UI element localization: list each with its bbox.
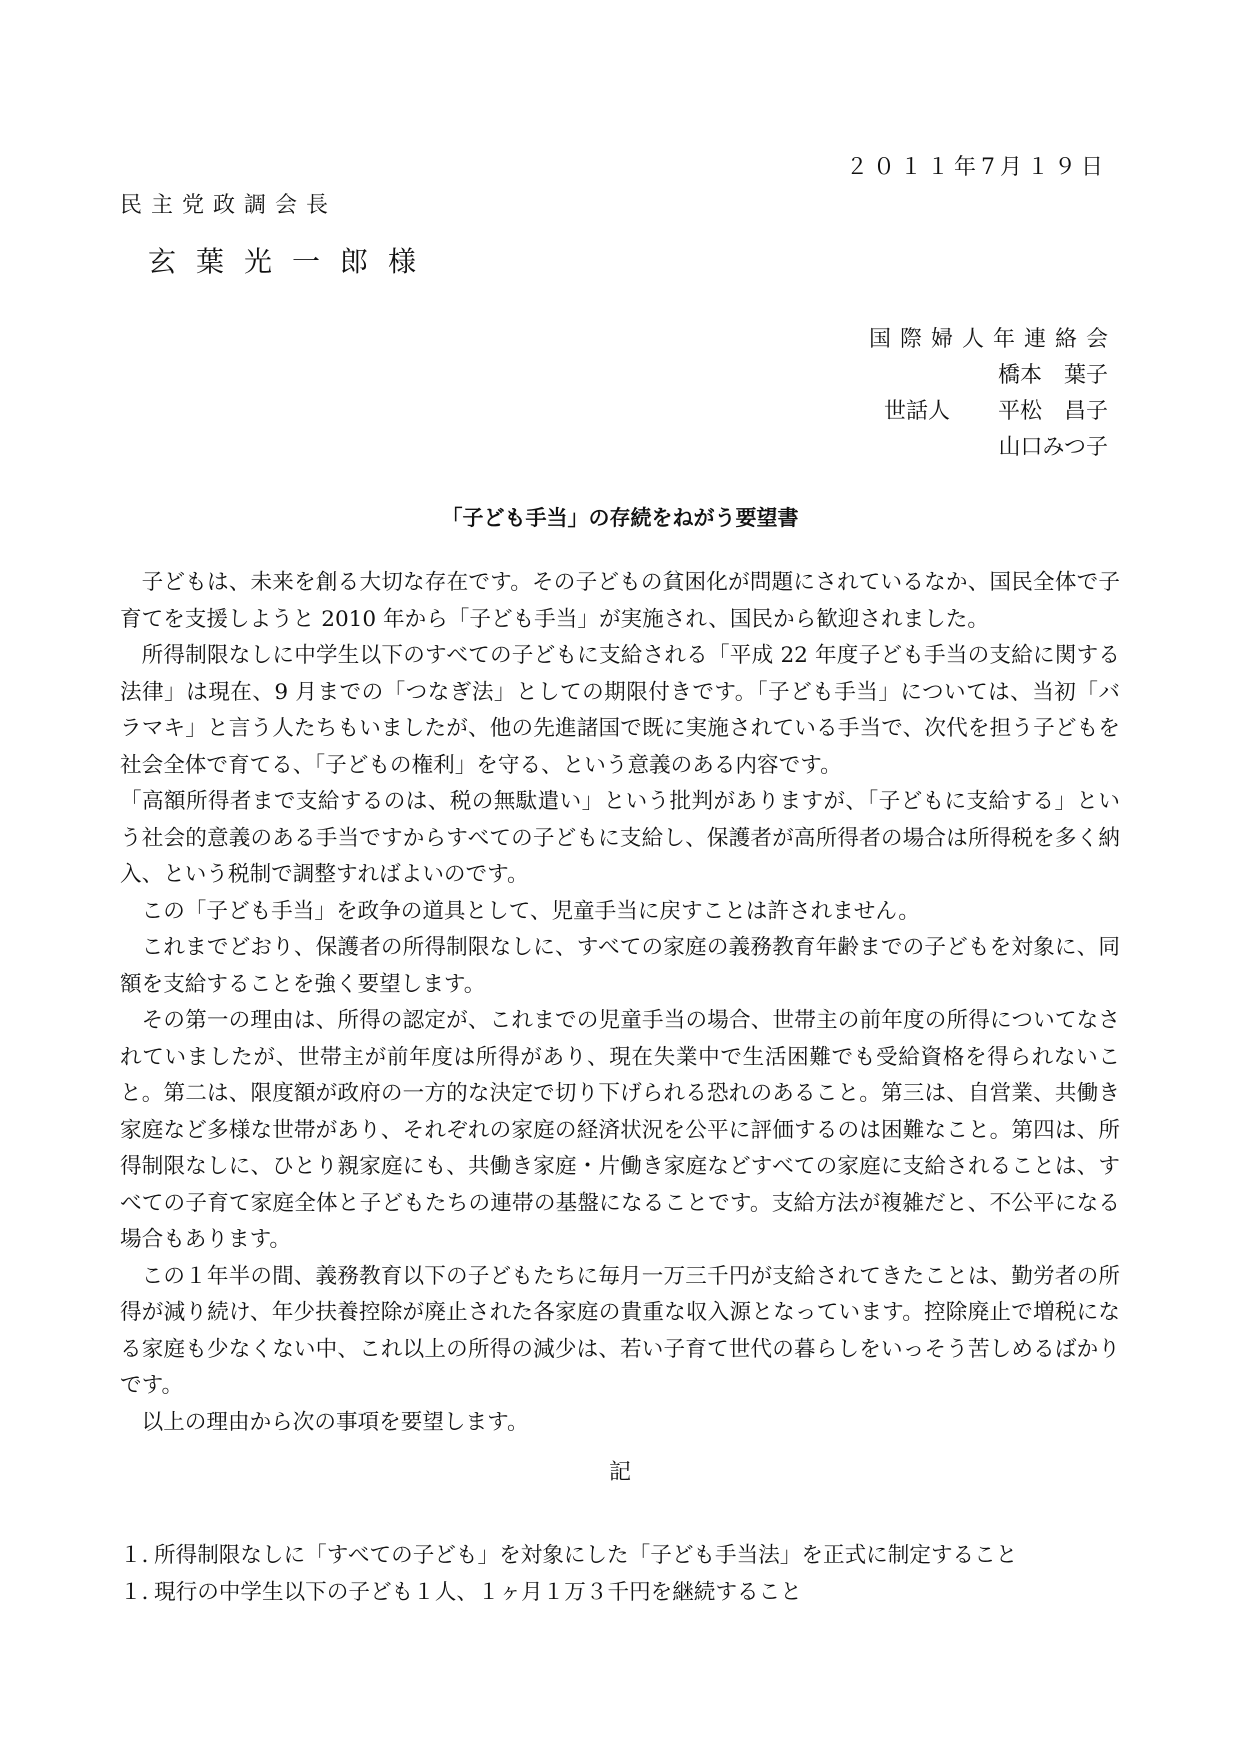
request-item-text: 所得制限なしに「すべての子ども」を対象にした「子ども手当法」を正式に制定すること [154, 1543, 1017, 1568]
request-item: １．現行の中学生以下の子ども１人、１ヶ月１万３千円を継続すること [120, 1574, 1130, 1611]
sender-member-row: 世話人 平松 昌子 [869, 394, 1108, 430]
request-list: １．所得制限なしに「すべての子ども」を対象にした「子ども手当法」を正式に制定する… [120, 1537, 1130, 1611]
body-paragraph: この１年半の間、義務教育以下の子どもたちに毎月一万三千円が支給されてきたことは、… [120, 1259, 1120, 1405]
addressee-name: 玄葉光一郎様 [148, 240, 436, 280]
request-item-text: 現行の中学生以下の子ども１人、１ヶ月１万３千円を継続すること [154, 1580, 802, 1605]
request-item: １．所得制限なしに「すべての子ども」を対象にした「子ども手当法」を正式に制定する… [120, 1537, 1130, 1574]
body-paragraph: 以上の理由から次の事項を要望します。 [120, 1405, 1120, 1442]
sender-member-row: 橋本 葉子 [869, 358, 1108, 394]
sender-member: 橋本 葉子 [998, 358, 1108, 394]
ki-heading: 記 [0, 1455, 1240, 1486]
body-paragraph: 子どもは、未来を創る大切な存在です。その子どもの貧困化が問題にされているなか、国… [120, 565, 1120, 638]
sender-member: 平松 昌子 [998, 394, 1108, 430]
sender-block: 国際婦人年連絡会 橋本 葉子 世話人 平松 昌子 山口みつ子 [869, 322, 1108, 466]
body-paragraph: この「子ども手当」を政争の道具として、児童手当に戻すことは許されません。 [120, 894, 1120, 931]
document-date: ２０１１年7月１９日 [846, 150, 1108, 181]
body-paragraph: その第一の理由は、所得の認定が、これまでの児童手当の場合、世帯主の前年度の所得に… [120, 1003, 1120, 1259]
document-title: 「子ども手当」の存続をねがう要望書 [0, 502, 1240, 532]
addressee-organization: 民主党政調会長 [120, 188, 337, 219]
body-paragraph: 所得制限なしに中学生以下のすべての子どもに支給される「平成 22 年度子ども手当… [120, 638, 1120, 784]
body-paragraph: これまでどおり、保護者の所得制限なしに、すべての家庭の義務教育年齢までの子どもを… [120, 930, 1120, 1003]
sender-role: 世話人 [884, 394, 950, 430]
body-paragraph: 「高額所得者まで支給するのは、税の無駄遣い」という批判がありますが、「子どもに支… [120, 784, 1120, 894]
sender-member: 山口みつ子 [998, 430, 1108, 466]
request-item-number: １． [120, 1574, 154, 1611]
sender-member-row: 山口みつ子 [869, 430, 1108, 466]
document-body: 子どもは、未来を創る大切な存在です。その子どもの貧困化が問題にされているなか、国… [120, 565, 1120, 1441]
sender-organization: 国際婦人年連絡会 [869, 322, 1117, 358]
request-item-number: １． [120, 1537, 154, 1574]
